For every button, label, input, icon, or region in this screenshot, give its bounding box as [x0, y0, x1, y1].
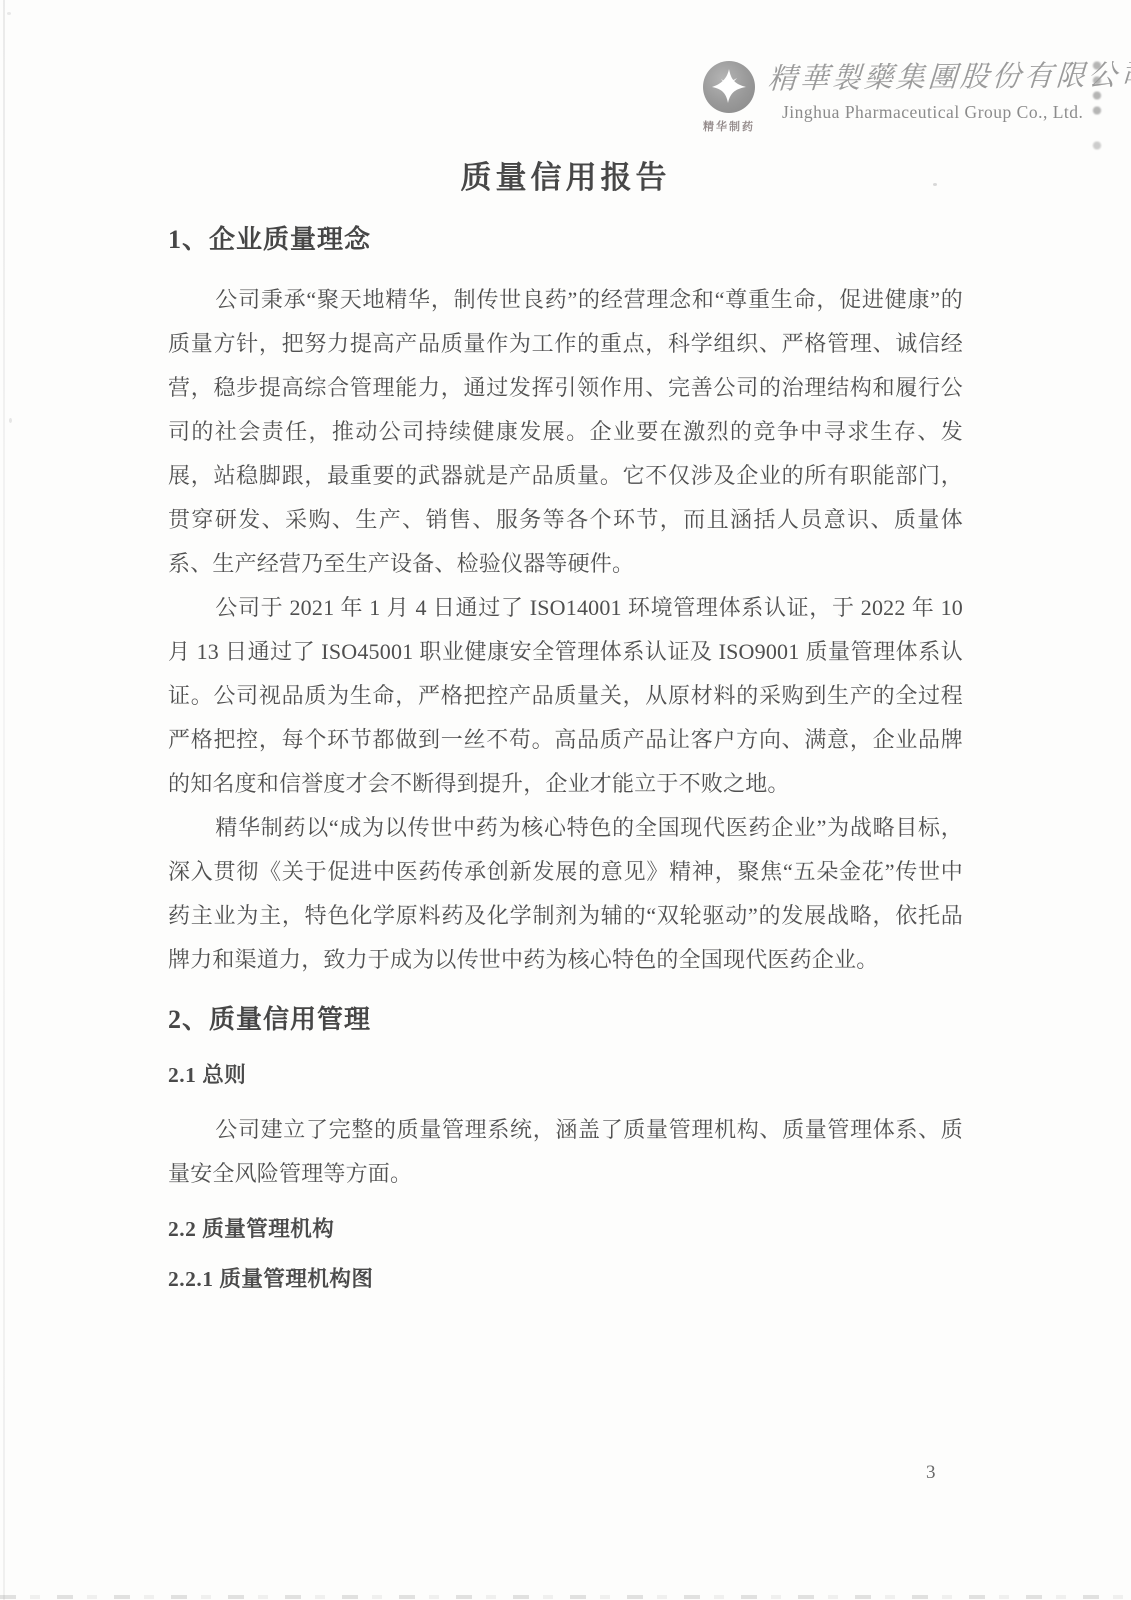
- scan-speck: [9, 418, 12, 423]
- paragraph: 公司秉承“聚天地精华，制传世良药”的经营理念和“尊重生命，促进健康”的质量方针，…: [168, 278, 963, 586]
- document-title: 质量信用报告: [0, 152, 1131, 197]
- document-body: 1、企业质量理念公司秉承“聚天地精华，制传世良药”的经营理念和“尊重生命，促进健…: [168, 212, 963, 1312]
- scan-speck: [7, 12, 11, 15]
- paragraph: 精华制药以“成为以传世中药为核心特色的全国现代医药企业”为战略目标，深入贯彻《关…: [168, 806, 963, 982]
- section-heading: 2.1 总则: [168, 1058, 963, 1092]
- scan-edge-artifact: [3, 0, 5, 1600]
- paragraph: 公司建立了完整的质量管理系统，涵盖了质量管理机构、质量管理体系、质量安全风险管理…: [168, 1108, 963, 1196]
- section-heading: 1、企业质量理念: [168, 222, 963, 258]
- paragraph: 公司于 2021 年 1 月 4 日通过了 ISO14001 环境管理体系认证，…: [168, 586, 963, 806]
- document-page: 精华制药 精華製藥集團股份有限公司 Jinghua Pharmaceutical…: [0, 0, 1131, 1600]
- scan-noise-artifact: [0, 1595, 1131, 1599]
- company-names: 精華製藥集團股份有限公司 Jinghua Pharmaceutical Grou…: [768, 55, 1058, 123]
- section-heading: 2.2.1 质量管理机构图: [168, 1262, 963, 1296]
- logo-caption: 精华制药: [698, 118, 760, 134]
- section-heading: 2、质量信用管理: [168, 1002, 963, 1038]
- company-name-chinese: 精華製藥集團股份有限公司: [767, 53, 1060, 97]
- bird-logo-icon: [701, 59, 757, 115]
- faint-seal-marks: [1090, 61, 1104, 156]
- section-heading: 2.2 质量管理机构: [168, 1212, 963, 1246]
- letterhead: 精华制药 精華製藥集團股份有限公司 Jinghua Pharmaceutical…: [698, 55, 1116, 150]
- company-name-english: Jinghua Pharmaceutical Group Co., Ltd.: [782, 102, 1058, 123]
- company-logo: 精华制药: [698, 59, 760, 134]
- page-number: 3: [926, 1462, 936, 1484]
